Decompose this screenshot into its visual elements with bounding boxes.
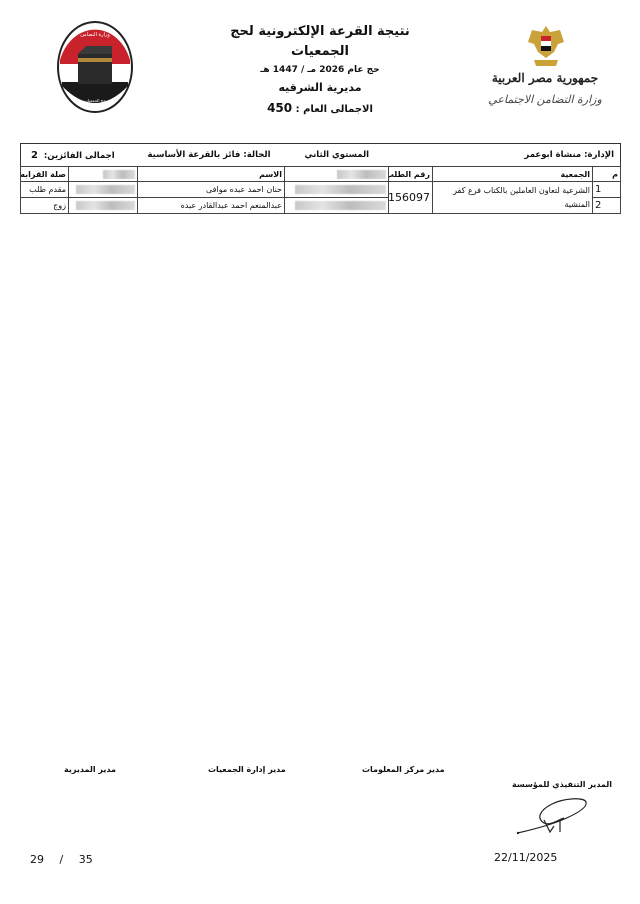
handwritten-signature (510, 796, 594, 842)
table-row: 1 الشرعية لتعاون العاملين بالكتاب فرع كف… (21, 182, 621, 198)
col-request-no: رقم الطلب (389, 167, 433, 182)
row-index: 2 (593, 198, 621, 214)
info-row: الإدارة: منشاة ابوعمر المستوي الثاني الح… (21, 144, 621, 167)
grand-total: الاجمالى العام : 450 (200, 98, 440, 120)
egypt-eagle-icon (524, 22, 568, 72)
signature-associations-manager: مدير إدارة الجمعيات (208, 765, 286, 774)
row-index: 1 (593, 182, 621, 198)
relation: زوج (21, 198, 69, 214)
col-relation: صلة القرابه (21, 167, 69, 182)
request-number: 156097 (389, 182, 433, 214)
signature-directorate-manager: مدير المديرية (64, 765, 116, 774)
svg-text:حج الجمعيات: حج الجمعيات (84, 98, 106, 103)
report-date: 22/11/2025 (494, 851, 557, 864)
col-phone (69, 167, 138, 182)
signature-info-center-manager: مدير مركز المعلومات (362, 765, 445, 774)
relation: مقدم طلب (21, 182, 69, 198)
grand-total-value: 450 (267, 101, 292, 115)
col-name: الاسم (138, 167, 285, 182)
grand-total-label: الاجمالى العام : (296, 104, 373, 115)
svg-text:وزارة التضامن: وزارة التضامن (80, 32, 110, 38)
redacted-phone (76, 201, 135, 210)
redacted-national-id (295, 201, 386, 210)
report-title: نتيجة القرعة الإلكترونية لحج الجمعيات (200, 22, 440, 62)
signature-executive-director: المدير التنفيذي للمؤسسة (512, 780, 612, 789)
winners-total: اجمالى الفائزين: 2 (21, 144, 138, 167)
page-current: 29 (30, 853, 44, 866)
applicant-name: عبدالمنعم احمد عبدالقادر عبده (138, 198, 285, 214)
blurred-header (337, 170, 387, 179)
col-index: م (593, 167, 621, 182)
national-id (285, 182, 389, 198)
table-header: م الجمعية رقم الطلب الاسم صلة القرابه (21, 167, 621, 182)
association-name: الشرعية لتعاون العاملين بالكتاب فرع كفر … (433, 182, 593, 214)
administration: الإدارة: منشاة ابوعمر (433, 144, 621, 167)
page-separator: / (60, 853, 64, 866)
hajj-logo: وزارة التضامن حج الجمعيات (56, 20, 134, 114)
redacted-phone (76, 185, 135, 194)
status: الحالة: فائز بالقرعة الأساسية (138, 144, 285, 167)
hajj-year: حج عام 2026 مـ / 1447 هـ (200, 62, 440, 78)
phone (69, 182, 138, 198)
ministry-name: وزارة التضامن الاجتماعي (485, 93, 605, 106)
blurred-header (103, 170, 135, 179)
results-table: الإدارة: منشاة ابوعمر المستوي الثاني الح… (20, 143, 621, 214)
redacted-national-id (295, 185, 386, 194)
col-association: الجمعية (433, 167, 593, 182)
level: المستوي الثاني (285, 144, 433, 167)
phone (69, 198, 138, 214)
directorate-name: مديرية الشرقيه (200, 78, 440, 98)
col-national-id (285, 167, 389, 182)
applicant-name: حنان احمد عبده موافى (138, 182, 285, 198)
national-id (285, 198, 389, 214)
page-indicator: 29 / 35 (30, 853, 93, 866)
page-total: 35 (79, 853, 93, 866)
report-header: نتيجة القرعة الإلكترونية لحج الجمعيات حج… (200, 22, 440, 120)
republic-name: جمهورية مصر العربية (485, 71, 605, 85)
